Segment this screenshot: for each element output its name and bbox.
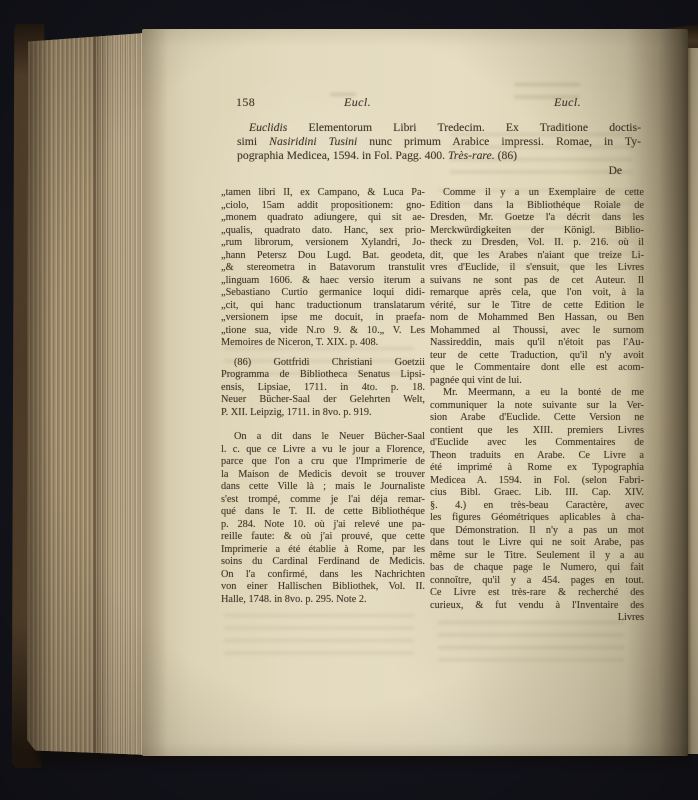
text-line: „qualis, quadrato dato. Hanc, sex prio- xyxy=(221,225,425,238)
text-line: Imprimerie a été établie à Rome, par les xyxy=(221,544,425,557)
text-line: dans cette Ville là ; mais le Journalist… xyxy=(221,481,425,494)
text-line: P. XII. Leipzig, 1711. in 8vo. p. 919. xyxy=(221,407,425,420)
text-line: p. 284. Note 10. où j'ai relevé une pa- xyxy=(221,519,425,532)
text-line: Mohammed al Thoussi, avec le surnom xyxy=(430,325,644,338)
text-line: pagnée qui vint de lui. xyxy=(430,375,644,388)
text-line: „ciolo, 15am addit propositionem: gno- xyxy=(221,200,425,213)
running-title-left: Eucl. xyxy=(344,95,371,110)
scanned-book-photo: 158 Eucl. Eucl. Euclidis Elementorum Lib… xyxy=(0,0,698,800)
text-line: theck zu Dresden, Vol. II. p. 216. où il xyxy=(430,237,644,250)
text-line: parce que l'on a cru que l'Imprimerie de xyxy=(221,456,425,469)
text-line: contient que les XIII. premiers Livres xyxy=(430,425,644,438)
right-paragraph-dresden: Comme il y a un Exemplaire de cetteEditi… xyxy=(430,187,644,387)
text-line: l. c. que ce Livre a vu le jour a Floren… xyxy=(221,444,425,457)
catchword-de: De xyxy=(592,165,622,177)
right-paragraph-meermann: Mr. Meermann, a eu la bonté de mecommuni… xyxy=(430,387,644,612)
text-line: Edition dans la Bibliothéque Roiale de xyxy=(430,200,644,213)
rarity-note: Très-rare. xyxy=(448,149,495,162)
facing-page-edge xyxy=(687,48,698,754)
left-paragraph-quotation: „tamen libri II, ex Campano, & Luca Pa-„… xyxy=(221,187,425,350)
text-line: s'est trompé, comme je l'ai déja remar- xyxy=(221,494,425,507)
text-line: que le Commentaire dont elle est acom- xyxy=(430,362,644,375)
text-line: Merckwürdigkeiten der Königl. Biblio- xyxy=(430,225,644,238)
entry-title: Euclidis Elementorum Libri Tredecim. Ex … xyxy=(237,121,641,164)
text-line: été imprimé à Rome ex Typographia xyxy=(430,462,644,475)
text-line: Nassireddin, mais qu'il n'étoit pas l'Au… xyxy=(430,337,644,350)
page-stack-fore-edge xyxy=(27,30,146,757)
text-line: „hann Petersz Dou Lugd. Bat. geodeta, xyxy=(221,250,425,263)
text-line: (86) Gottfridi Christiani Goetzii xyxy=(221,357,425,370)
text-line: On l'a confirmé, dans les Nachrichten xyxy=(221,569,425,582)
text-line: „cit, qui hanc traductionum translatarum xyxy=(221,300,425,313)
text-line: von einer Hallischen Bibliothek, Vol. II… xyxy=(221,581,425,594)
text-line: la Maison de Medicis devoit se trouver xyxy=(221,469,425,482)
text-line: teur de cette Traduction, qu'il n'y avoi… xyxy=(430,350,644,363)
text-line: même sur le Titre. Seulement il y a au xyxy=(430,550,644,563)
entry-title-line-1: Euclidis Elementorum Libri Tredecim. Ex … xyxy=(237,121,641,135)
bleedthrough-smudge xyxy=(438,621,624,661)
text-line: Halle, 1748. in 8vo. p. 295. Note 2. xyxy=(221,594,425,607)
text-line: vres d'Euclide, il s'ensuit, que les Liv… xyxy=(430,262,644,275)
text-line: vérité, sur le Titre de cette Edition le xyxy=(430,300,644,313)
text-line: §. 4.) en très-beau Caractère, avec xyxy=(430,500,644,513)
text-line: Neuer Bücher-Saal der Gelehrten Welt, xyxy=(221,394,425,407)
text-line: „& stereometra in Batavorum transtulit xyxy=(221,262,425,275)
page-left-shade xyxy=(142,29,168,756)
text-line: nom de Mohammed Ben Hassan, ou Ben xyxy=(430,312,644,325)
footnote-86: (86) Gottfridi Christiani GoetziiProgram… xyxy=(221,357,425,420)
text-line: ensis, Lipsiae, 1711. in 4to. p. 18. xyxy=(221,382,425,395)
text-line: dans tout le Livre qui ne soit Arabe, pa… xyxy=(430,537,644,550)
text-line: „versionem ipse me docuit, in praefa- xyxy=(221,312,425,325)
text-line: suivans ne sont pas de cet Auteur. Il xyxy=(430,275,644,288)
entry-title-line-3: pographia Medicea, 1594. in Fol. Pagg. 4… xyxy=(237,149,641,163)
text-line: „rum librorum, versionem Xylandri, Jo- xyxy=(221,237,425,250)
text-line: dit, que les Arabes n'aiant que treize L… xyxy=(430,250,644,263)
text-line: On a dit dans le Neuer Bücher-Saal xyxy=(221,431,425,444)
text-line: Theon traduits en Arabe. Ce Livre a xyxy=(430,450,644,463)
text-line: Programma de Bibliotheca Senatus Lipsi- xyxy=(221,369,425,382)
text-line: „Sebastiano Curtio germanice loqui didi- xyxy=(221,287,425,300)
left-paragraph-commentary: On a dit dans le Neuer Bücher-Saall. c. … xyxy=(221,431,425,606)
text-line: reille faute: & où j'ai prouvé, que cett… xyxy=(221,531,425,544)
text-line: sion Arabe d'Euclide. Cette Version ne xyxy=(430,412,644,425)
text-line: communiquer la note suivante sur la Ver- xyxy=(430,400,644,413)
text-line: „tione sua, vide N.ro 9. & 10.„ V. Les xyxy=(221,325,425,338)
text-line: Comme il y a un Exemplaire de cette xyxy=(430,187,644,200)
right-column: Comme il y a un Exemplaire de cetteEditi… xyxy=(430,187,644,625)
bleedthrough-smudge xyxy=(224,614,414,662)
entry-title-line-2: simi Nasiridini Tusini nunc primum Arabi… xyxy=(237,135,641,149)
text-line: Memoires de Niceron, T. XIX. p. 408. xyxy=(221,337,425,350)
entry-title-editor: Nasiridini Tusini xyxy=(269,135,357,148)
text-line: que Démonstration. Il n'y a pas un mot xyxy=(430,525,644,538)
running-title-right: Eucl. xyxy=(554,95,581,110)
text-line: cius Bibl. Graec. Lib. III. Cap. XIV. xyxy=(430,487,644,500)
text-line: „linguam 1606. & haec versio iterum a xyxy=(221,275,425,288)
text-line: Dresden, Mr. Goetze l'a décrit dans les xyxy=(430,212,644,225)
text-line: „tamen libri II, ex Campano, & Luca Pa- xyxy=(221,187,425,200)
page-number: 158 xyxy=(236,95,255,110)
text-line: remarque après cela, que l'on voit, à la xyxy=(430,287,644,300)
text-line: qué dans le T. II. de cette Bibliothéque xyxy=(221,506,425,519)
catchword-livres: Livres xyxy=(430,612,644,625)
text-line: connoître, qu'il y a 454. pages en tout. xyxy=(430,575,644,588)
text-line: bas de chaque page le Numero, qui fait xyxy=(430,562,644,575)
left-column: „tamen libri II, ex Campano, & Luca Pa-„… xyxy=(221,187,425,606)
book-page: 158 Eucl. Eucl. Euclidis Elementorum Lib… xyxy=(142,29,688,756)
text-line: „monem quadrato adiungere, qui sit ae- xyxy=(221,212,425,225)
entry-title-author: Euclidis xyxy=(249,121,287,134)
text-line: Ce Livre est très-rare & recherché des xyxy=(430,587,644,600)
text-line: Medicea A. 1594. in Fol. (selon Fabri- xyxy=(430,475,644,488)
text-line: les figures Géométriques aplicables à ch… xyxy=(430,512,644,525)
text-line: Mr. Meermann, a eu la bonté de me xyxy=(430,387,644,400)
text-line: d'Euclide avec les Commentaires de xyxy=(430,437,644,450)
text-line: soins du Cardinal Ferdinand de Medicis. xyxy=(221,556,425,569)
text-line: curieux, & fut vendu à l'Inventaire des xyxy=(430,600,644,613)
